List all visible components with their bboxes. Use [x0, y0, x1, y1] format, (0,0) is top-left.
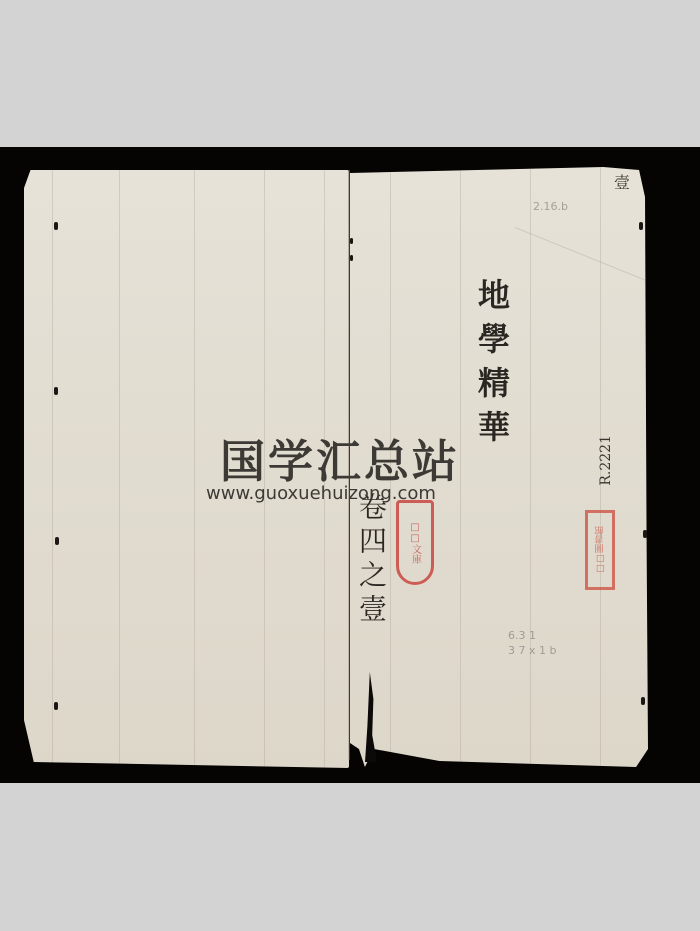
seal-oval-text: □□文庫 — [408, 522, 423, 564]
book-title: 地學精華 — [476, 278, 508, 454]
pencil-note-middle: 6.3 1 3 7 x 1 b — [508, 628, 556, 658]
collector-seal-oval: □□文庫 — [396, 500, 434, 585]
binding-hole-icon — [55, 537, 59, 545]
binding-hole-icon — [54, 387, 58, 395]
volume-label: 卷四之壹 — [357, 492, 385, 628]
binding-hole-icon — [639, 222, 643, 230]
binding-hole-icon — [54, 222, 58, 230]
watermark-url: www.guoxuehuizong.com — [206, 483, 436, 504]
corner-mark: 壹 — [614, 170, 630, 193]
pencil-note-top: 2.16.b — [533, 200, 568, 213]
binding-hole-icon — [350, 255, 353, 261]
binding-hole-icon — [643, 530, 647, 538]
catalog-number: R.2221 — [598, 435, 614, 486]
library-seal-rect: □□圖書館 — [585, 510, 615, 590]
watermark-site-name: 国学汇总站 — [220, 425, 460, 490]
binding-hole-icon — [350, 238, 353, 244]
seal-rect-text: □□圖書館 — [594, 527, 607, 574]
binding-hole-icon — [641, 697, 645, 705]
binding-hole-icon — [54, 702, 58, 710]
